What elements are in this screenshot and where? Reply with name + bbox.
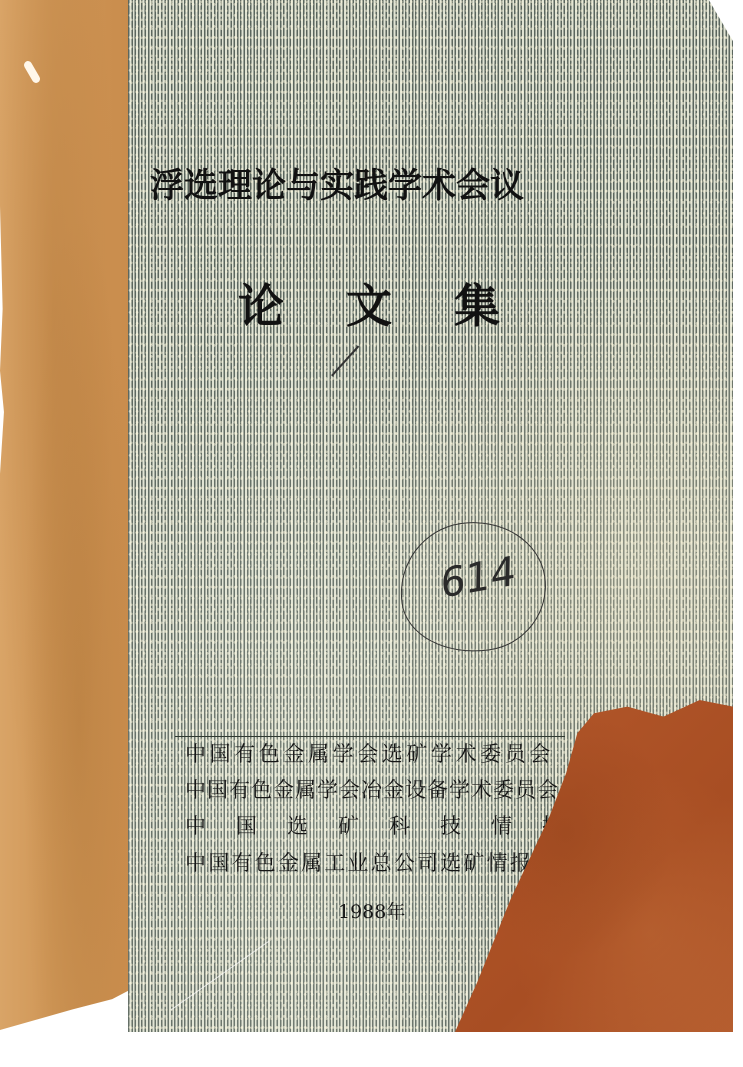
binding-strip — [0, 0, 132, 1030]
paper-nick — [23, 60, 42, 85]
organizer-line-4: 中国有色金属工业总公司选矿情报 — [185, 847, 533, 877]
publication-year: 1988年 — [338, 897, 405, 924]
conference-title: 浮选理论与实践学术会议 — [150, 158, 590, 207]
organizer-line-1: 中国有色金属学会选矿学术委员会 — [185, 738, 554, 768]
organizer-line-2: 中国有色金属学会冶金设备学术委员会 — [185, 774, 559, 804]
organizer-divider — [175, 736, 565, 737]
scanned-page: 浮选理论与实践学术会议 论文集 614 中国有色金属学会选矿学术委员会 中国有色… — [0, 0, 743, 1067]
proceedings-subtitle: 论文集 — [238, 270, 538, 336]
organizer-line-3: 中国选矿科技情报 — [185, 810, 593, 840]
